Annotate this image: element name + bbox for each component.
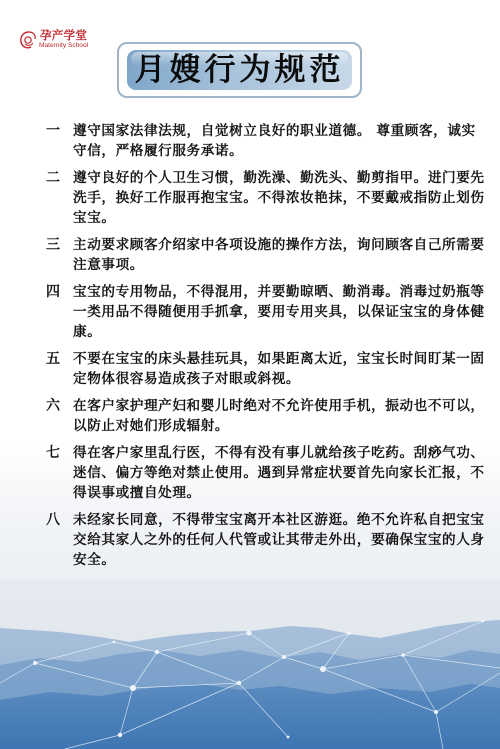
rule-item: 三 主动要求顾客介绍家中各项设施的操作方法，询问顾客自己所需要注意事项。 [45, 235, 485, 275]
rule-number: 二 [46, 168, 60, 188]
rule-number: 三 [46, 235, 60, 255]
rule-item: 六 在客户家护理产妇和婴儿时绝对不允许使用手机，振动也不可以，以防止对她们形成辐… [45, 396, 485, 436]
rule-number: 六 [46, 396, 60, 416]
poster: 孕产学堂 Maternity School 月嫂行为规范 一 遵守国家法律法规，… [0, 0, 500, 749]
rule-text: 未经家长同意，不得带宝宝离开本社区游逛。绝不允许私自把宝宝交给其家人之外的任何人… [73, 510, 485, 570]
rule-text: 主动要求顾客介绍家中各项设施的操作方法，询问顾客自己所需要注意事项。 [73, 235, 485, 275]
mother-baby-icon [19, 30, 39, 50]
rules-list: 一 遵守国家法律法规，自觉树立良好的职业道德。 尊重顾客，诚实守信，严格履行服务… [45, 121, 485, 577]
title-frame: 月嫂行为规范 [117, 42, 362, 98]
rule-text: 不要在宝宝的床头悬挂玩具，如果距离太近，宝宝长时间盯某一固定物体很容易造成孩子对… [73, 349, 485, 389]
rule-text: 遵守良好的个人卫生习惯，勤洗澡、勤洗头、勤剪指甲。进门要先洗手，换好工作服再抱宝… [73, 168, 485, 228]
rule-item: 八 未经家长同意，不得带宝宝离开本社区游逛。绝不允许私自把宝宝交给其家人之外的任… [45, 510, 485, 570]
rule-number: 四 [46, 282, 60, 302]
logo: 孕产学堂 Maternity School [19, 29, 93, 53]
rule-item: 七 得在客户家里乱行医，不得有没有事儿就给孩子吃药。刮痧气功、迷信、偏方等绝对禁… [45, 443, 485, 503]
title-banner: 月嫂行为规范 [127, 50, 352, 90]
rule-text: 在客户家护理产妇和婴儿时绝对不允许使用手机，振动也不可以，以防止对她们形成辐射。 [73, 396, 485, 436]
rule-item: 四 宝宝的专用物品，不得混用，并要勤晾晒、勤消毒。消毒过奶瓶等一类用品不得随便用… [45, 282, 485, 342]
rule-text: 宝宝的专用物品，不得混用，并要勤晾晒、勤消毒。消毒过奶瓶等一类用品不得随便用手抓… [73, 282, 485, 342]
rule-text: 遵守国家法律法规，自觉树立良好的职业道德。 尊重顾客，诚实守信，严格履行服务承诺… [73, 121, 485, 161]
rule-item: 一 遵守国家法律法规，自觉树立良好的职业道德。 尊重顾客，诚实守信，严格履行服务… [45, 121, 485, 161]
rule-item: 二 遵守良好的个人卫生习惯，勤洗澡、勤洗头、勤剪指甲。进门要先洗手，换好工作服再… [45, 168, 485, 228]
rule-number: 一 [46, 121, 60, 141]
page-title: 月嫂行为规范 [127, 52, 352, 88]
rule-text: 得在客户家里乱行医，不得有没有事儿就给孩子吃药。刮痧气功、迷信、偏方等绝对禁止使… [73, 443, 485, 503]
rule-item: 五 不要在宝宝的床头悬挂玩具，如果距离太近，宝宝长时间盯某一固定物体很容易造成孩… [45, 349, 485, 389]
logo-name-en: Maternity School [39, 42, 88, 50]
rule-number: 五 [46, 349, 60, 369]
rule-number: 八 [46, 510, 60, 530]
logo-name-cn: 孕产学堂 [40, 29, 87, 42]
mountain-network-background [0, 580, 500, 749]
rule-number: 七 [46, 443, 60, 463]
